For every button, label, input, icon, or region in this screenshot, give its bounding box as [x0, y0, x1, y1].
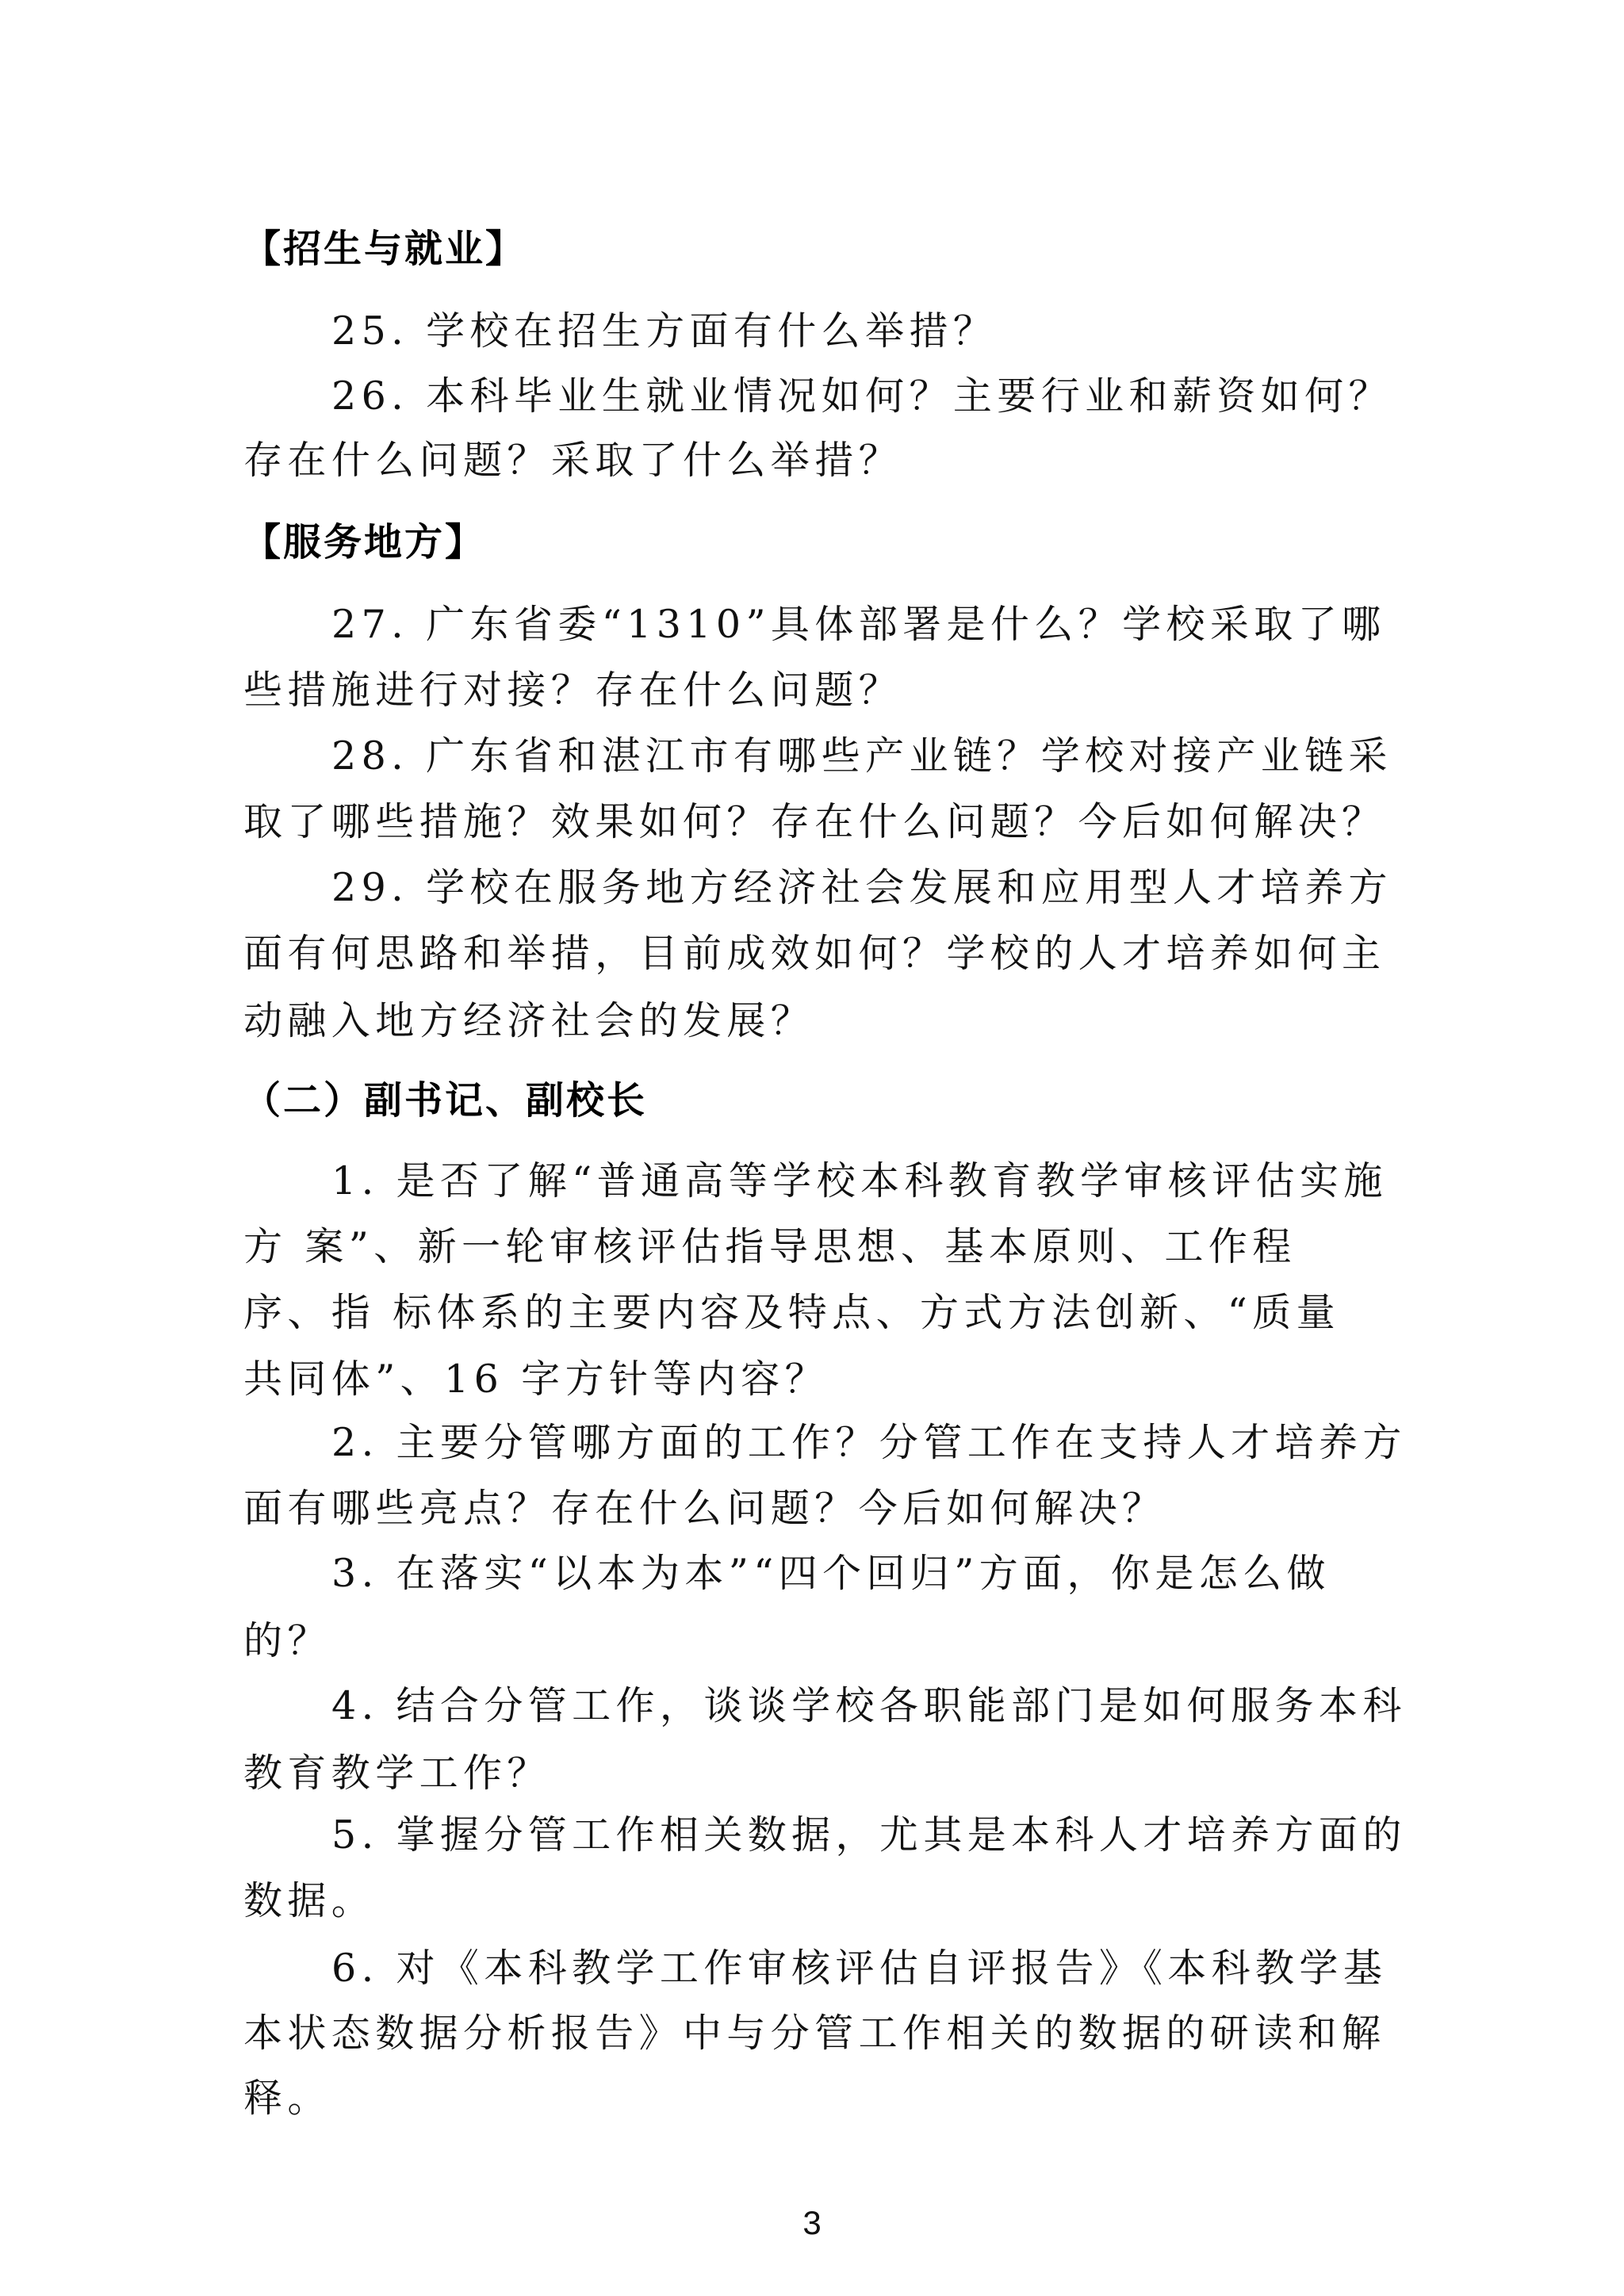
- question-26-line-1: 26. 本科毕业生就业情况如何？主要行业和薪资如何？: [331, 363, 1392, 430]
- question-5-line-2: 数据。: [243, 1868, 375, 1934]
- document-page: 【招生与就业】 25. 学校在招生方面有什么举措？ 26. 本科毕业生就业情况如…: [0, 0, 1624, 2296]
- question-3-line-1: 3. 在落实“以本为本”“四个回归”方面，你是怎么做: [331, 1540, 1331, 1607]
- page-number: 3: [0, 2204, 1624, 2242]
- question-27-line-1: 27. 广东省委“1310”具体部署是什么？学校采取了哪: [331, 591, 1386, 658]
- question-2-line-1: 2. 主要分管哪方面的工作？分管工作在支持人才培养方: [331, 1410, 1407, 1476]
- question-1-line-1: 1. 是否了解“普通高等学校本科教育教学审核评估实施: [331, 1148, 1388, 1215]
- question-2-line-2: 面有哪些亮点？存在什么问题？今后如何解决？: [243, 1475, 1166, 1542]
- question-28-line-2: 取了哪些措施？效果如何？存在什么问题？今后如何解决？: [243, 789, 1385, 855]
- question-27-line-2: 些措施进行对接？存在什么问题？: [243, 657, 902, 724]
- section-heading-enrollment-employment: 【招生与就业】: [243, 216, 526, 282]
- question-6-line-1: 6. 对《本科教学工作审核评估自评报告》《本科教学基: [331, 1935, 1387, 2002]
- question-29-line-3: 动融入地方经济社会的发展？: [243, 988, 814, 1054]
- question-6-line-3: 释。: [243, 2065, 331, 2132]
- question-28-line-1: 28. 广东省和湛江市有哪些产业链？学校对接产业链采: [331, 723, 1392, 790]
- question-4-line-1: 4. 结合分管工作，谈谈学校各职能部门是如何服务本科: [331, 1673, 1407, 1739]
- question-4-line-2: 教育教学工作？: [243, 1740, 551, 1807]
- question-1-line-3: 序、指 标体系的主要内容及特点、方式方法创新、“质量: [243, 1280, 1340, 1346]
- question-6-line-2: 本状态数据分析报告》中与分管工作相关的数据的研读和解: [243, 2000, 1385, 2067]
- question-1-line-4: 共同体”、16 字方针等内容？: [243, 1346, 829, 1413]
- question-1-line-2: 方 案”、新一轮审核评估指导思想、基本原则、工作程: [243, 1214, 1297, 1280]
- section-heading-deputy-secretary-vice-president: （二）副书记、副校长: [243, 1067, 647, 1134]
- section-heading-local-service: 【服务地方】: [243, 509, 485, 576]
- question-29-line-1: 29. 学校在服务地方经济社会发展和应用型人才培养方: [331, 855, 1392, 921]
- question-3-line-2: 的？: [243, 1608, 331, 1674]
- question-25-line-1: 25. 学校在招生方面有什么举措？: [331, 298, 997, 365]
- question-26-line-2: 存在什么问题？采取了什么举措？: [243, 427, 902, 494]
- question-5-line-1: 5. 掌握分管工作相关数据，尤其是本科人才培养方面的: [331, 1802, 1407, 1869]
- question-29-line-2: 面有何思路和举措，目前成效如何？学校的人才培养如何主: [243, 920, 1385, 987]
